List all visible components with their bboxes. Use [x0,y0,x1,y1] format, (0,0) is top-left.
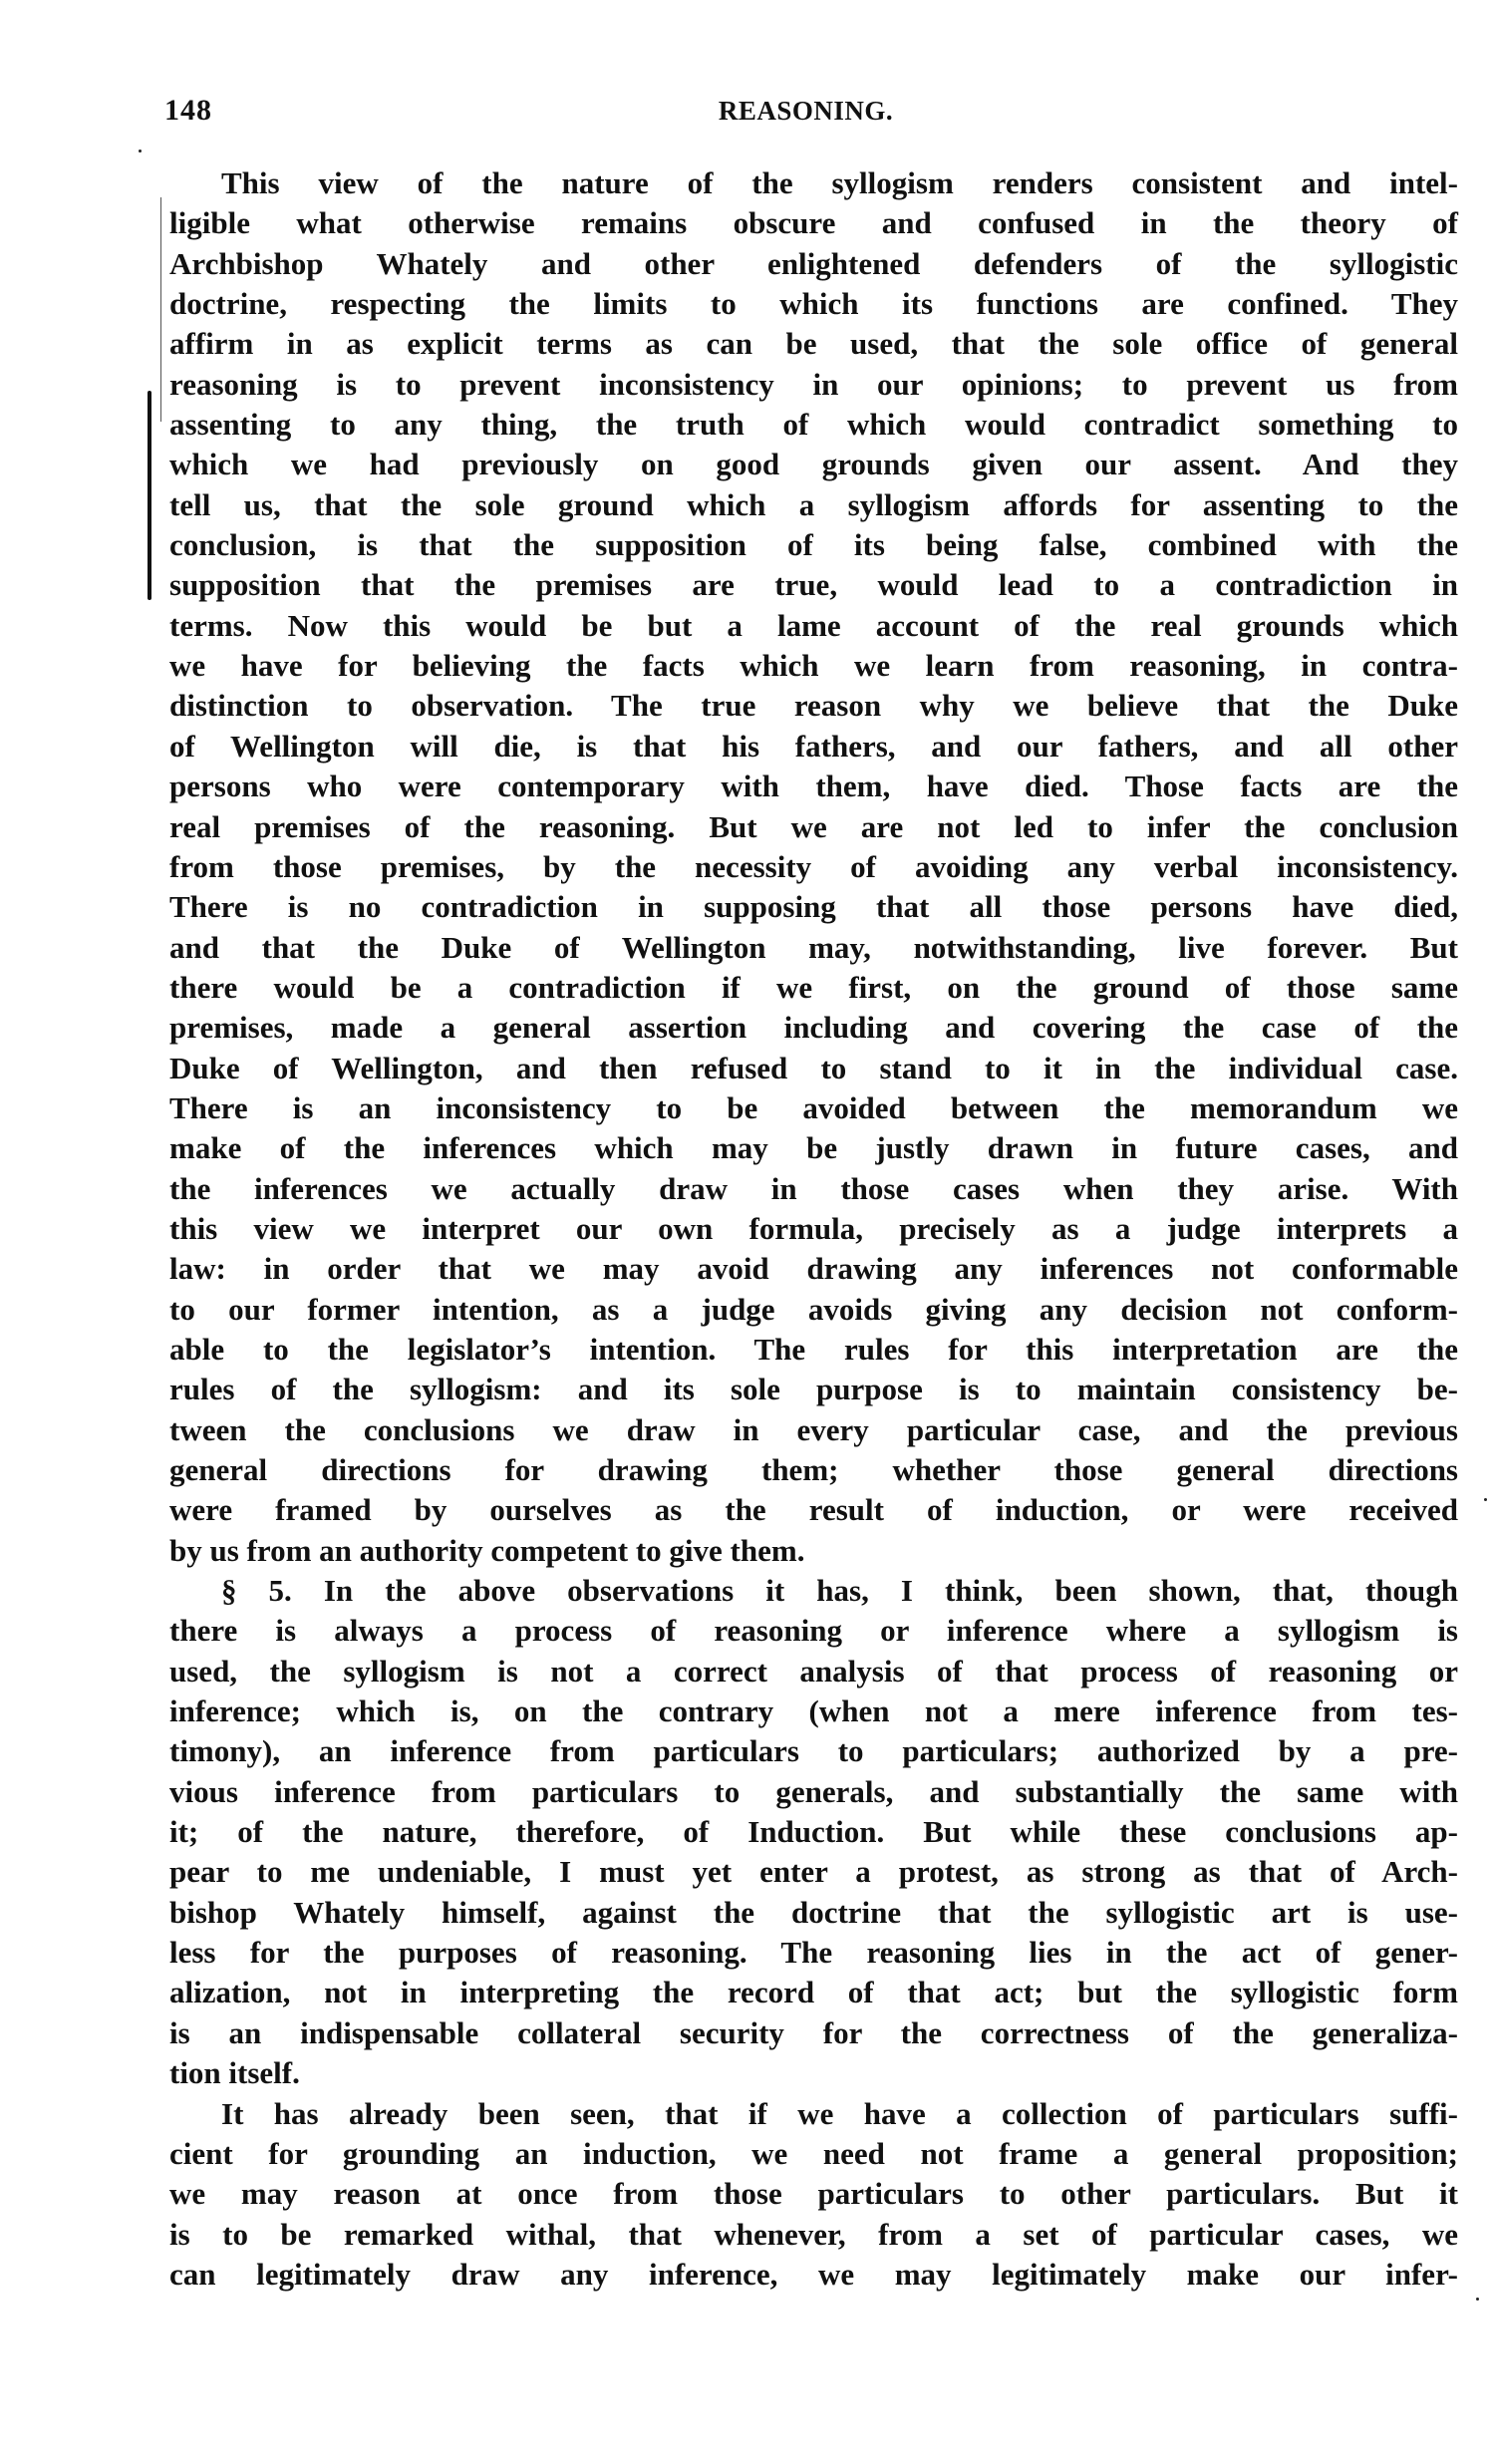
text-line: make of the inferences which may be just… [169,1128,1458,1168]
text-line: bishop Whately himself, against the doct… [169,1893,1458,1933]
text-line: supposition that the premises are true, … [169,565,1458,605]
text-line: vious inference from particulars to gene… [169,1772,1458,1812]
text-line: terms. Now this would be but a lame acco… [169,606,1458,646]
text-line: tion itself. [169,2053,1458,2093]
text-line: this view we interpret our own formula, … [169,1209,1458,1249]
text-line: alization, not in interpreting the recor… [169,1973,1458,2012]
body-text: This view of the nature of the syllogism… [169,163,1458,2295]
margin-annotation-line [160,197,161,422]
text-line: of Wellington will die, is that his fath… [169,727,1458,767]
text-line: which we had previously on good grounds … [169,445,1458,484]
text-line: by us from an authority competent to giv… [169,1531,1458,1571]
running-head: REASONING. [0,96,1490,126]
text-line: inference; which is, on the contrary (wh… [169,1692,1458,1731]
text-line: the inferences we actually draw in those… [169,1169,1458,1209]
text-line: cient for grounding an induction, we nee… [169,2134,1458,2174]
stray-ink-mark [139,150,142,153]
text-line: were framed by ourselves as the result o… [169,1490,1458,1530]
text-line: § 5. In the above observations it has, I… [169,1571,1458,1611]
text-line: affirm in as explicit terms as can be us… [169,324,1458,364]
text-line: It has already been seen, that if we hav… [169,2094,1458,2134]
text-line: persons who were contemporary with them,… [169,767,1458,806]
text-line: Duke of Wellington, and then refused to … [169,1049,1458,1088]
text-line: is an indispensable collateral security … [169,2013,1458,2053]
text-line: distinction to observation. The true rea… [169,686,1458,726]
text-line: tween the conclusions we draw in every p… [169,1410,1458,1450]
text-line: from those premises, by the necessity of… [169,847,1458,887]
text-line: it; of the nature, therefore, of Inducti… [169,1812,1458,1852]
text-line: less for the purposes of reasoning. The … [169,1933,1458,1973]
text-line: there would be a contradiction if we fir… [169,968,1458,1008]
text-line: ligible what otherwise remains obscure a… [169,203,1458,243]
text-line: premises, made a general assertion inclu… [169,1008,1458,1048]
text-line: we have for believing the facts which we… [169,646,1458,686]
text-line: assenting to any thing, the truth of whi… [169,405,1458,445]
text-line: tell us, that the sole ground which a sy… [169,485,1458,525]
text-line: reasoning is to prevent inconsistency in… [169,365,1458,405]
stray-ink-mark [1484,1498,1487,1501]
text-line: to our former intention, as a judge avoi… [169,1290,1458,1330]
text-line: there is always a process of reasoning o… [169,1611,1458,1651]
text-line: law: in order that we may avoid drawing … [169,1249,1458,1289]
text-line: timony), an inference from particulars t… [169,1731,1458,1771]
text-line: Archbishop Whately and other enlightened… [169,244,1458,284]
text-line: used, the syllogism is not a correct ana… [169,1652,1458,1692]
text-line: can legitimately draw any inference, we … [169,2255,1458,2295]
stray-ink-mark [1476,2298,1479,2301]
text-line: There is an inconsistency to be avoided … [169,1088,1458,1128]
text-line: we may reason at once from those particu… [169,2174,1458,2214]
text-line: real premises of the reasoning. But we a… [169,807,1458,847]
text-line: There is no contradiction in supposing t… [169,887,1458,927]
margin-annotation-bar [148,391,151,600]
text-line: and that the Duke of Wellington may, not… [169,928,1458,968]
text-line: conclusion, is that the supposition of i… [169,525,1458,565]
text-line: pear to me undeniable, I must yet enter … [169,1852,1458,1892]
text-line: able to the legislator’s intention. The … [169,1330,1458,1370]
text-line: doctrine, respecting the limits to which… [169,284,1458,324]
text-line: rules of the syllogism: and its sole pur… [169,1370,1458,1409]
text-line: is to be remarked withal, that whenever,… [169,2215,1458,2255]
text-line: This view of the nature of the syllogism… [169,163,1458,203]
text-line: general directions for drawing them; whe… [169,1450,1458,1490]
